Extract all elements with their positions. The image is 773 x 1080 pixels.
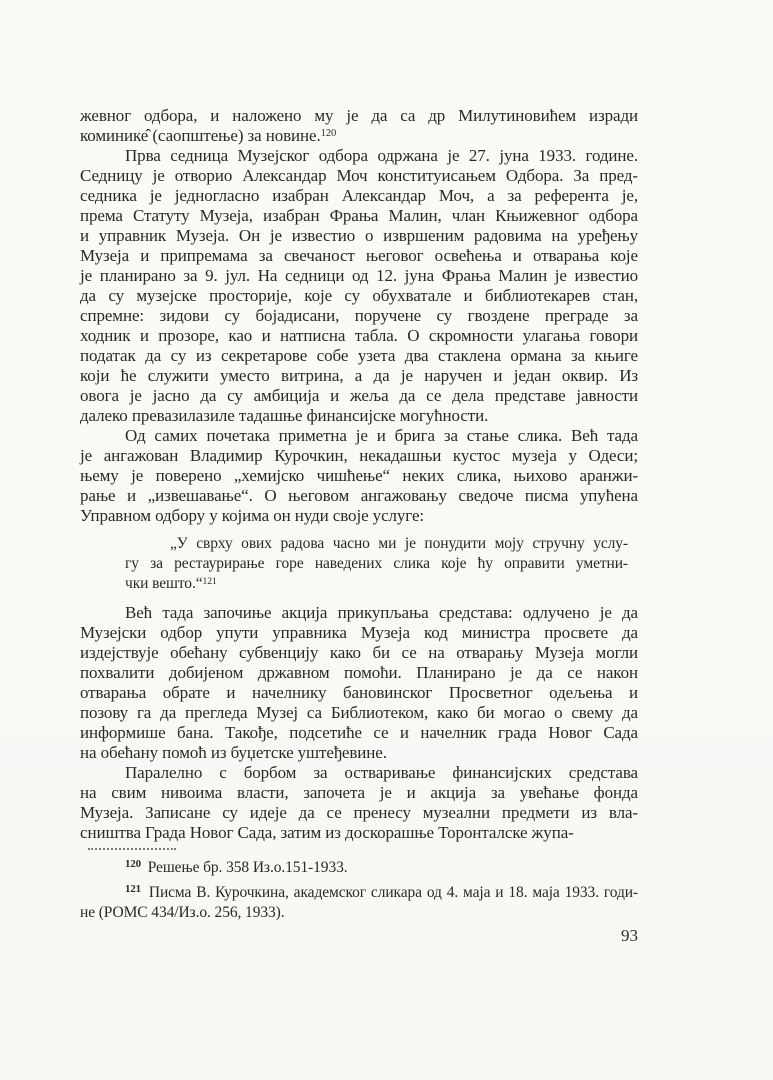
- text-line: похвалити добијеном државном помоћи. Пла…: [80, 663, 638, 683]
- text-line: отварања обрате и начелнику бановинског …: [80, 683, 638, 703]
- footnote-separator: [88, 848, 176, 850]
- text-line: 121 Писма В. Курочкина, академског слика…: [80, 883, 638, 903]
- page-number: 93: [80, 926, 638, 946]
- paragraph: жевног одбора, и наложено му је да са др…: [80, 106, 638, 146]
- text-line: седника је једногласно изабран Александа…: [80, 186, 638, 206]
- text-line: Седницу је отворио Александар Моч консти…: [80, 166, 638, 186]
- paragraph: Прва седница Музејског одбора одржана је…: [80, 146, 638, 426]
- footnote: 120 Решење бр. 358 Из.о.151-1933.: [80, 858, 638, 878]
- paragraph: Паралелно с борбом за остваривање финанс…: [80, 763, 638, 843]
- text-line: позову га да прегледа Музеј са Библиотек…: [80, 703, 638, 723]
- text-line: далеко превазилазиле тадашње финансијске…: [80, 406, 638, 426]
- text-line: рање и „извешавање“. О његовом ангажовањ…: [80, 486, 638, 506]
- text-line: на обећану помоћ из буџетске уштеђевине.: [80, 743, 638, 763]
- footnotes: 120 Решење бр. 358 Из.о.151-1933.121 Пис…: [80, 858, 638, 923]
- text-line: гу за рестаурирање горе наведених слика …: [125, 554, 628, 574]
- blockquote: „У сврху ових радова часно ми је понудит…: [125, 534, 628, 594]
- footnote-marker: 121: [203, 576, 217, 587]
- text-line: Музеја и припремама за свечаност његовог…: [80, 246, 638, 266]
- text-line: Музејски одбор упути управника Музеја ко…: [80, 623, 638, 643]
- text-line: „У сврху ових радова часно ми је понудит…: [125, 534, 628, 554]
- text-line: је планирано за 9. јул. На седници од 12…: [80, 266, 638, 286]
- text-line: спремне: зидови су бојадисани, поручене …: [80, 306, 638, 326]
- text-line: информише бана. Такође, подсетиће се и н…: [80, 723, 638, 743]
- text-line: Музеја. Записане су идеје да се пренесу …: [80, 803, 638, 823]
- footnote-marker: 120: [321, 128, 337, 139]
- text-line: Управном одбору у којима он нуди своје у…: [80, 506, 638, 526]
- paragraph: Већ тада започиње акција прикупљања сред…: [80, 603, 638, 763]
- text-block: жевног одбора, и наложено му је да са др…: [80, 106, 638, 923]
- text-line: Прва седница Музејског одбора одржана је…: [80, 146, 638, 166]
- text-line: Од самих почетака приметна је и брига за…: [80, 426, 638, 446]
- text-line: не (РОМС 434/Из.о. 256, 1933).: [80, 903, 638, 923]
- text-line: ходник и прозоре, као и натписна табла. …: [80, 326, 638, 346]
- text-line: коминике̂ (саопштење) за новине.120: [80, 126, 638, 146]
- text-line: који ће служити уместо витрина, а да је …: [80, 366, 638, 386]
- text-line: сништва Града Новог Сада, затим из доско…: [80, 823, 638, 843]
- text-line: и управник Музеја. Он је известио о извр…: [80, 226, 638, 246]
- text-line: према Статуту Музеја, изабран Фрања Мали…: [80, 206, 638, 226]
- text-line: издејствује обећану субвенцију како би с…: [80, 643, 638, 663]
- text-line: жевног одбора, и наложено му је да са др…: [80, 106, 638, 126]
- text-line: овога је јасно да су амбиција и жеља да …: [80, 386, 638, 406]
- text-line: Паралелно с борбом за остваривање финанс…: [80, 763, 638, 783]
- footnote: 121 Писма В. Курочкина, академског слика…: [80, 883, 638, 923]
- text-line: њему је поверено „хемијско чишћење“ неки…: [80, 466, 638, 486]
- text-line: 120 Решење бр. 358 Из.о.151-1933.: [80, 858, 638, 878]
- text-line: да су музејске просторије, које су обухв…: [80, 286, 638, 306]
- paragraph: Од самих почетака приметна је и брига за…: [80, 426, 638, 526]
- body-text: жевног одбора, и наложено му је да са др…: [80, 106, 638, 843]
- footnote-marker: 121: [125, 883, 141, 895]
- text-line: је ангажован Владимир Курочкин, некадашњ…: [80, 446, 638, 466]
- text-line: Већ тада започиње акција прикупљања сред…: [80, 603, 638, 623]
- text-line: чки вешто.“121: [125, 574, 628, 594]
- footnote-marker: 120: [125, 858, 141, 870]
- book-page: жевног одбора, и наложено му је да са др…: [0, 0, 773, 1080]
- text-line: податак да су из секретарове собе узета …: [80, 346, 638, 366]
- text-line: на свим нивоима власти, започета је и ак…: [80, 783, 638, 803]
